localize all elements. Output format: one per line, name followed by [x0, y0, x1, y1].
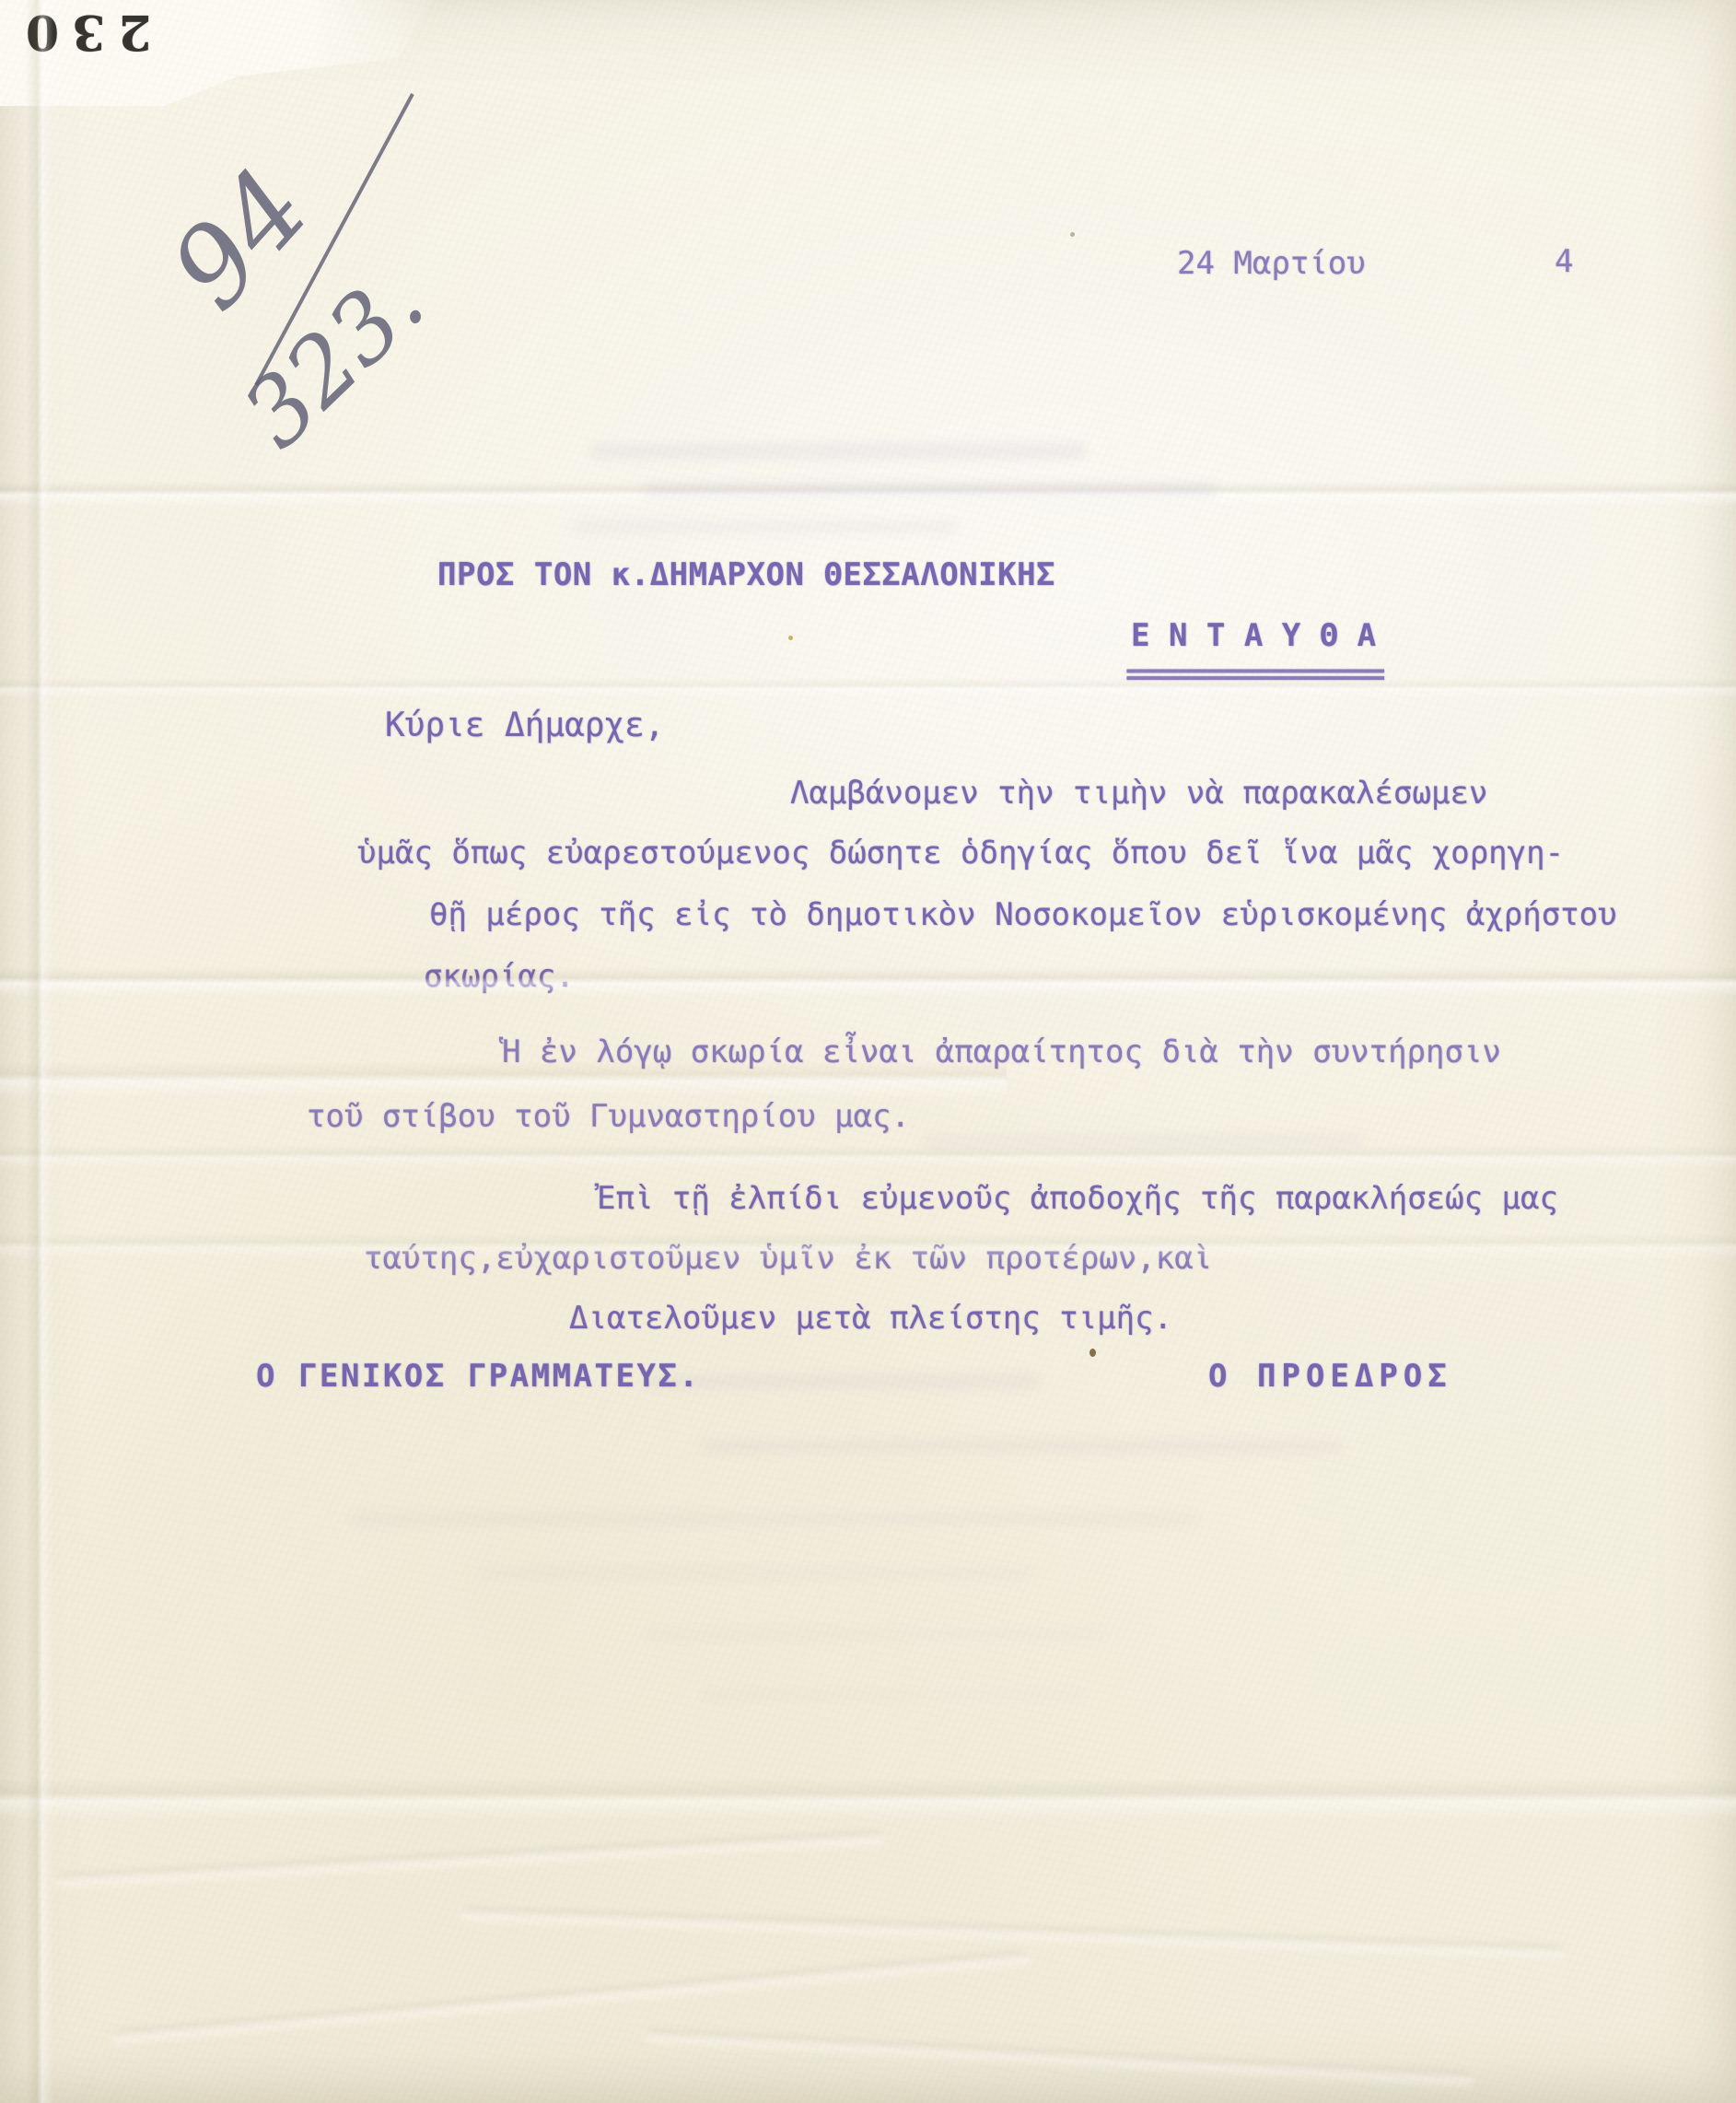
body-line: Διατελοῦμεν μετὰ πλείστης τιμῆς. [569, 1302, 1172, 1336]
archive-number-stamp: 230 [13, 4, 152, 60]
date-line: 24 Μαρτίου [1177, 247, 1366, 281]
fold-crease [0, 1778, 1736, 1820]
bleed-through-mark [645, 483, 1216, 496]
bleed-through-mark [700, 1439, 1345, 1454]
location-underline: ================ [1125, 658, 1383, 692]
year-digit: 4 [1555, 245, 1573, 279]
body-line: Λαμβάνομεν τὴν τιμὴν νὰ παρακαλέσωμεν [790, 777, 1487, 811]
paper-speck [1070, 232, 1075, 237]
letter-scan-page: 230 94 323. 24 Μαρτίου 4 ΠΡΟΣ ΤΟΝ κ.ΔΗΜΑ… [0, 0, 1736, 2103]
signature-title-secretary: Ο ΓΕΝΙΚΟΣ ΓΡΑΜΜΑΤΕΥΣ. [256, 1360, 700, 1394]
fold-crease [0, 1145, 1736, 1169]
bleed-through-mark [921, 1135, 1363, 1148]
body-line: σκωρίας. [424, 960, 575, 994]
bleed-through-mark [700, 1690, 1087, 1700]
fold-crease [0, 678, 1736, 698]
bleed-through-mark [645, 1629, 1105, 1640]
recipient-line: ΠΡΟΣ ΤΟΝ κ.ΔΗΜΑΡΧΟΝ ΘΕΣΣΑΛΟΝΙΚΗΣ [437, 558, 1055, 592]
paper-speck [788, 636, 793, 640]
handwritten-registry-number: 94 323. [109, 81, 459, 450]
location-line: Ε Ν Τ Α Υ Θ Α [1131, 619, 1376, 653]
fold-crease [0, 481, 1736, 507]
crumple-streak [645, 2027, 1474, 2089]
paper-speck [1089, 1349, 1096, 1357]
bleed-through-mark [589, 444, 1087, 459]
bleed-through-mark [479, 1568, 1031, 1579]
body-line: τοῦ στίβου τοῦ Γυμναστηρίου μας. [307, 1100, 910, 1134]
crumple-streak [55, 1829, 884, 1891]
crumple-streak [460, 1906, 1566, 1963]
body-line: Ἐπὶ τῇ ἐλπίδι εὐμενοῦς ἀποδοχῆς τῆς παρα… [597, 1182, 1558, 1216]
crumple-streak [111, 1949, 1031, 2048]
handwritten-numerator: 94 [146, 145, 333, 333]
bleed-through-mark [350, 1513, 1197, 1525]
salutation: Κύριε Δήμαρχε, [385, 707, 664, 744]
body-line: Ἡ ἐν λόγῳ σκωρία εἶναι ἀπαραίτητος διὰ τ… [502, 1035, 1501, 1069]
edge-crease [26, 0, 53, 2103]
bleed-through-mark [571, 521, 958, 532]
body-line: θῇ μέρος τῆς εἰς τὸ δημοτικὸν Νοσοκομεῖο… [429, 898, 1617, 932]
body-line: ὑμᾶς ὅπως εὐαρεστούμενος δώσητε ὁδηγίας … [357, 836, 1564, 870]
fold-crease [0, 967, 1736, 997]
signature-title-president: Ο ΠΡΟΕΔΡΟΣ [1208, 1360, 1452, 1394]
body-line: ταύτης,εὐχαριστοῦμεν ὑμῖν ἐκ τῶν προτέρω… [364, 1242, 1212, 1276]
bleed-through-mark [645, 1374, 1041, 1389]
